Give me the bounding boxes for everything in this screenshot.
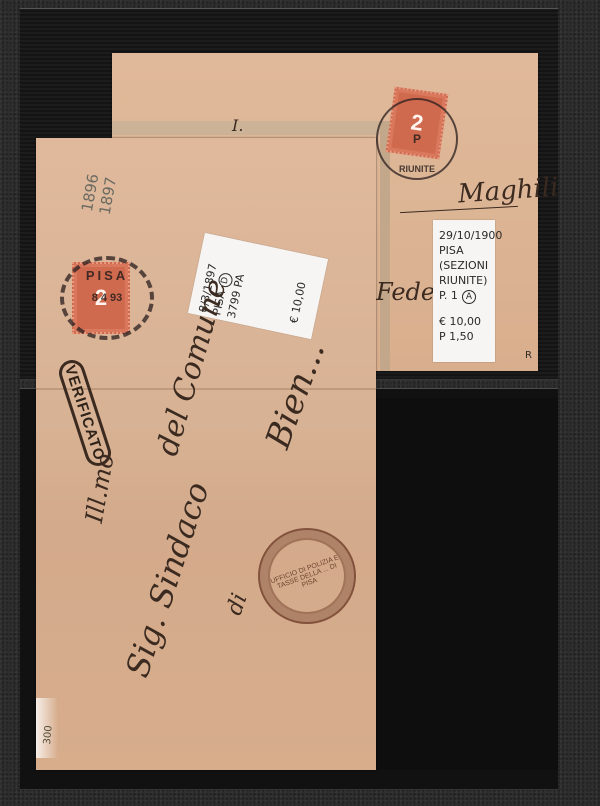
- label-points-grade: P. 1: [439, 289, 458, 302]
- label-price: € 10,00: [286, 281, 309, 325]
- postmark-date: 8 4 93: [92, 292, 123, 304]
- postmark-riunite: P RIUNITE: [376, 98, 458, 180]
- label-points: P 1,50: [439, 329, 489, 344]
- postmark-city: PISA: [86, 268, 128, 283]
- label-price: € 10,00: [439, 314, 489, 329]
- label-office: (SEZIONI: [439, 258, 489, 273]
- empty-mount-pocket: [376, 398, 558, 770]
- pencil-note: 300: [42, 725, 55, 745]
- label-date: 29/10/1900: [439, 228, 489, 243]
- wrapper-band: [112, 121, 382, 135]
- address-line-2: Fede: [376, 278, 435, 306]
- official-seal: UFFICIO DI POLIZIA E TASSE DELLA ... DI …: [258, 528, 356, 624]
- grade-badge: A: [462, 290, 476, 304]
- address-salutation: I.: [232, 116, 243, 135]
- pencil-year-note: 1896 1897: [78, 172, 120, 216]
- postmark-letter: P: [413, 132, 421, 146]
- label-extra: PA: [231, 273, 247, 289]
- corner-mark: R: [525, 350, 532, 361]
- label-office-2: RIUNITE): [439, 273, 489, 288]
- postmark-pisa: PISA 8 4 93: [60, 256, 154, 340]
- label-city: PISA: [439, 243, 489, 258]
- postmark-lower-text: RIUNITE: [399, 164, 435, 174]
- price-label-1900: 29/10/1900 PISA (SEZIONI RIUNITE) P. 1A …: [433, 220, 495, 362]
